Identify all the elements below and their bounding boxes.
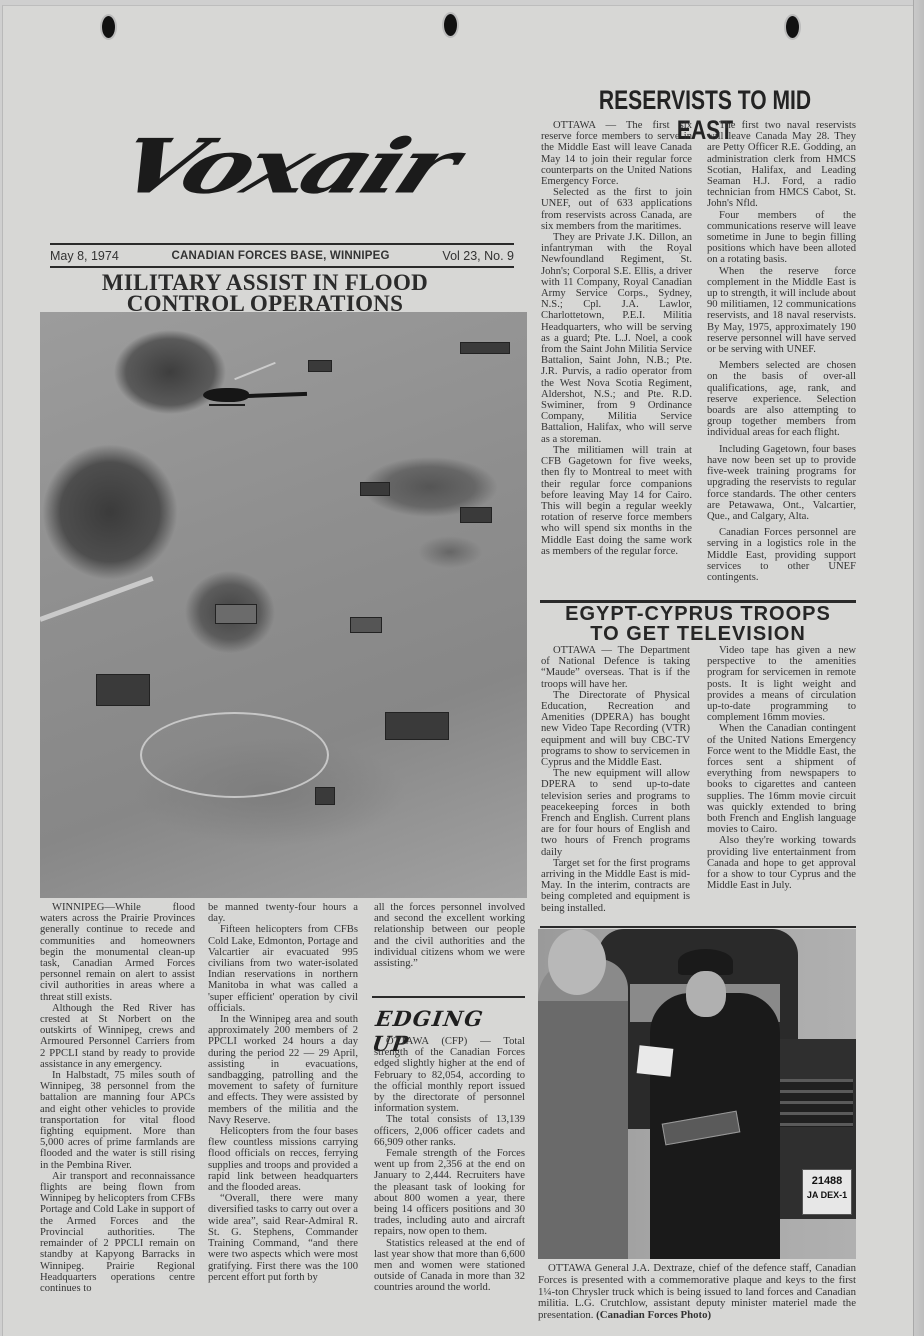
photo-credit: (Canadian Forces Photo) xyxy=(596,1309,711,1321)
helicopter-icon xyxy=(203,384,309,406)
tv-headline-line2: TO GET TELEVISION xyxy=(540,624,856,644)
tv-headline-line1: EGYPT-CYPRUS TROOPS xyxy=(540,604,856,624)
paragraph: OTTAWA — The first six reserve force mem… xyxy=(541,120,692,187)
reservists-column-1: OTTAWA — The first six reserve force mem… xyxy=(541,120,692,598)
edging-rule xyxy=(372,996,525,998)
logo-text: Voxair xyxy=(105,129,463,204)
flood-column-1: WINNIPEG—While flood waters across the P… xyxy=(40,902,195,1336)
paragraph: The first two naval reservists will leav… xyxy=(707,120,856,210)
plate-tag: JA DEX-1 xyxy=(803,1188,851,1202)
issue-date: May 8, 1974 xyxy=(50,249,119,263)
paragraph: Fifteen helicopters from CFBs Cold Lake,… xyxy=(208,924,358,1014)
tv-column-2: Video tape has given a new perspective t… xyxy=(707,645,856,923)
flooded-house xyxy=(385,712,449,740)
paragraph: Helicopters from the four bases flew cou… xyxy=(208,1126,358,1193)
paragraph: Target set for the first programs arrivi… xyxy=(541,858,690,914)
flooded-house xyxy=(460,507,492,523)
flood-headline-line1: MILITARY ASSIST IN FLOOD xyxy=(40,272,490,293)
flood-headline: MILITARY ASSIST IN FLOOD CONTROL OPERATI… xyxy=(40,272,490,314)
paragraph: They are Private J.K. Dillon, an infantr… xyxy=(541,232,692,445)
masthead-logo: Voxair xyxy=(105,88,465,223)
tv-column-1: OTTAWA — The Department of National Defe… xyxy=(541,645,690,923)
paragraph: Including Gagetown, four bases have now … xyxy=(707,444,856,522)
paragraph: all the forces personnel involved and se… xyxy=(374,902,525,969)
punch-hole-left xyxy=(102,16,115,38)
paragraph: In Halbstadt, 75 miles south of Winnipeg… xyxy=(40,1070,195,1171)
paragraph: The militiamen will train at CFB Gagetow… xyxy=(541,445,692,557)
flooded-track xyxy=(140,712,329,798)
dateline: May 8, 1974 CANADIAN FORCES BASE, WINNIP… xyxy=(50,246,514,266)
flooded-house xyxy=(350,617,382,633)
flooded-house xyxy=(460,342,510,354)
volume-number: Vol 23, No. 9 xyxy=(442,249,514,263)
paragraph: The Directorate of Physical Education, R… xyxy=(541,690,690,768)
paragraph: “Overall, there were many diversified ta… xyxy=(208,1193,358,1283)
punch-hole-right xyxy=(786,16,799,38)
truck-presentation-photo: 21488 JA DEX-1 xyxy=(538,929,856,1259)
paragraph: WINNIPEG—While flood waters across the P… xyxy=(40,902,195,1003)
paragraph: Although the Red River has crested at St… xyxy=(40,1003,195,1070)
masthead-top-rule xyxy=(50,243,514,245)
paragraph: The new equipment will allow DPERA to se… xyxy=(541,768,690,858)
flooded-house xyxy=(360,482,390,496)
masthead-bottom-rule xyxy=(50,266,514,268)
paragraph: Video tape has given a new perspective t… xyxy=(707,645,856,723)
flooded-house xyxy=(315,787,335,805)
paragraph: Female strength of the Forces went up fr… xyxy=(374,1148,525,1238)
paragraph: When the reserve force complement in the… xyxy=(707,266,856,356)
truck-photo-caption: OTTAWA General J.A. Dextraze, chief of t… xyxy=(538,1263,856,1322)
page-edge xyxy=(913,0,924,1336)
reservists-headline-wrap: RESERVISTS TO MID EAST xyxy=(540,85,870,117)
paragraph: In the Winnipeg area and south approxima… xyxy=(208,1014,358,1126)
edging-column: OTTAWA (CFP) — Total strength of the Can… xyxy=(374,1036,525,1334)
paragraph: Members selected are chosen on the basis… xyxy=(707,360,856,438)
document xyxy=(637,1045,674,1076)
paragraph: OTTAWA — The Department of National Defe… xyxy=(541,645,690,690)
officer-face xyxy=(686,971,726,1017)
tv-bottom-rule xyxy=(540,926,856,928)
paragraph: Statistics released at the end of last y… xyxy=(374,1238,525,1294)
paragraph: The total consists of 13,139 officers, 2… xyxy=(374,1114,525,1148)
paragraph: OTTAWA (CFP) — Total strength of the Can… xyxy=(374,1036,525,1114)
license-plate: 21488 JA DEX-1 xyxy=(802,1169,852,1215)
paragraph: Canadian Forces personnel are serving in… xyxy=(707,527,856,583)
publication-base: CANADIAN FORCES BASE, WINNIPEG xyxy=(172,250,390,262)
tv-headline: EGYPT-CYPRUS TROOPS TO GET TELEVISION xyxy=(540,604,856,644)
flood-column-2: be manned twenty-four hours a day. Fifte… xyxy=(208,902,358,1336)
flood-column-3: all the forces personnel involved and se… xyxy=(374,902,525,982)
civilian-figure xyxy=(538,959,628,1259)
civilian-head xyxy=(548,929,606,995)
paragraph: Four members of the communications reser… xyxy=(707,210,856,266)
paragraph: be manned twenty-four hours a day. xyxy=(208,902,358,924)
paragraph: Also they're working towards providing l… xyxy=(707,835,856,891)
flood-aerial-photo xyxy=(40,312,527,898)
punch-hole-center xyxy=(444,14,457,36)
flooded-road xyxy=(40,576,154,622)
flooded-house xyxy=(215,604,257,624)
reservists-column-2: The first two naval reservists will leav… xyxy=(707,120,856,598)
flooded-house xyxy=(308,360,332,372)
paragraph: When the Canadian contingent of the Unit… xyxy=(707,723,856,835)
flooded-house xyxy=(96,674,150,706)
paragraph: Air transport and reconnaissance flights… xyxy=(40,1171,195,1294)
plate-number: 21488 xyxy=(803,1174,851,1188)
paragraph: Selected as the first to join UNEF, out … xyxy=(541,187,692,232)
flood-headline-line2: CONTROL OPERATIONS xyxy=(40,293,490,314)
